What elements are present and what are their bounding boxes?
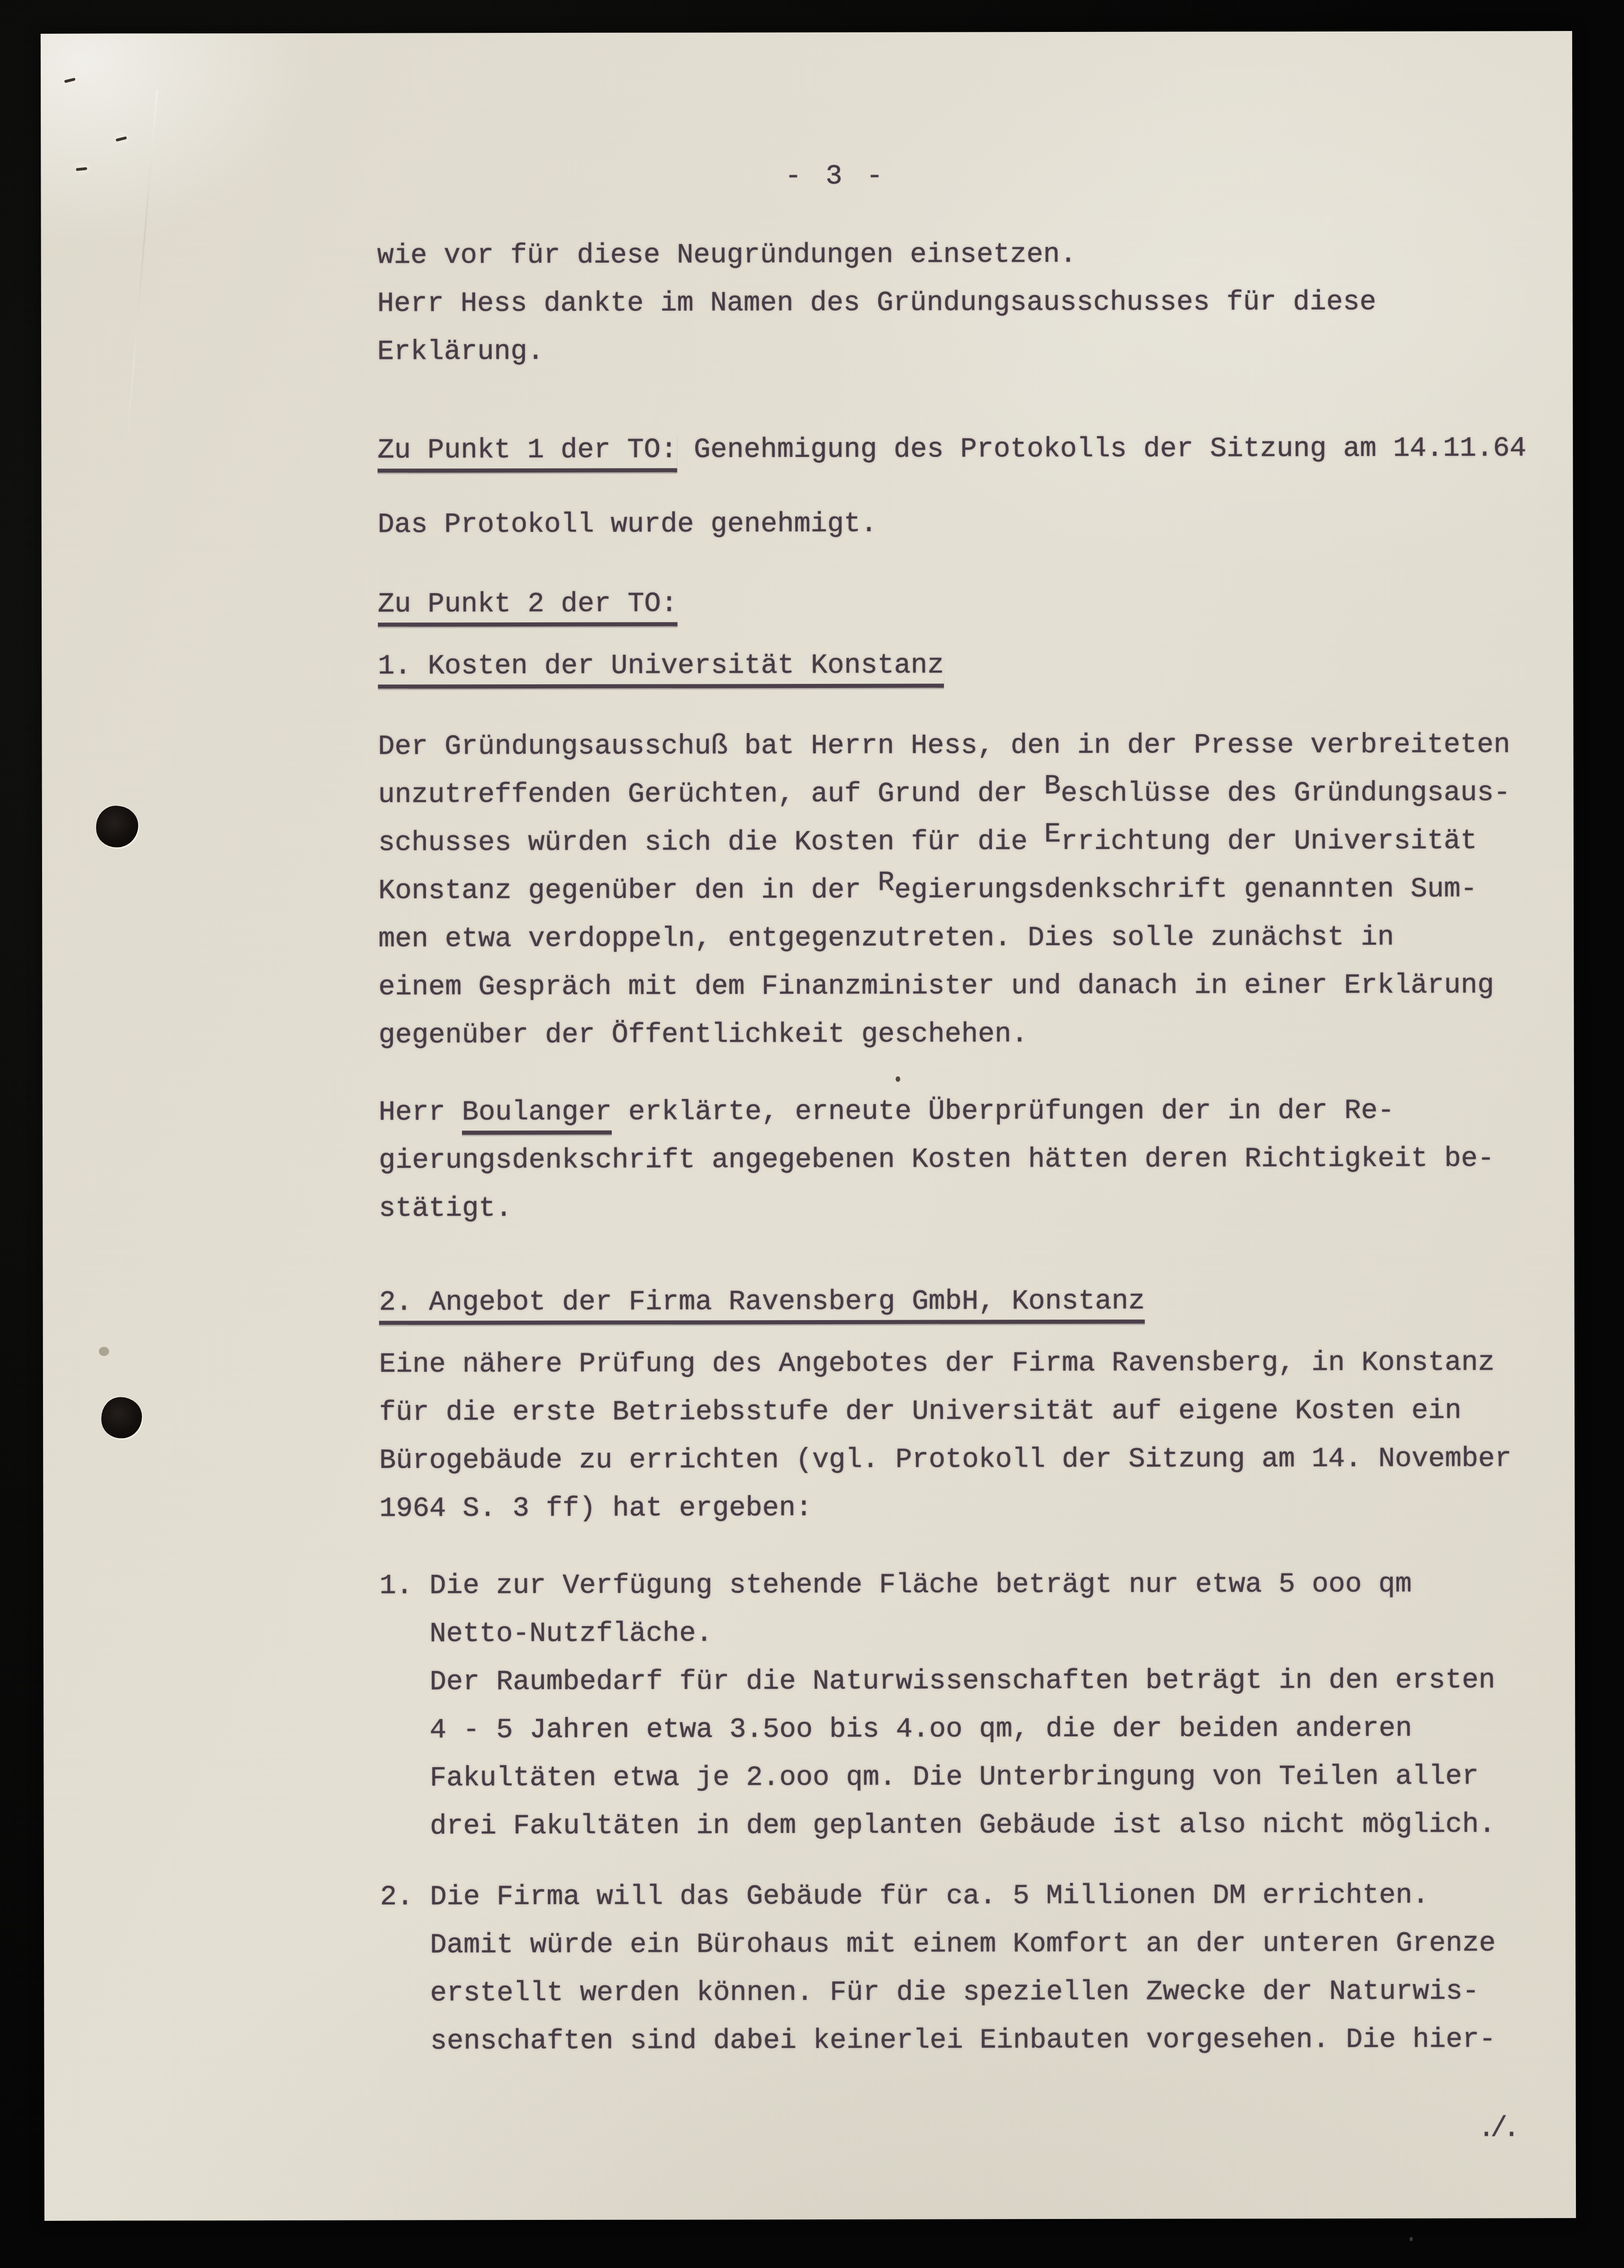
underlined-text: Zu Punkt 1 der TO:: [377, 434, 677, 473]
text-segment: gierungsdenkschrift angegebenen Kosten h…: [379, 1143, 1495, 1176]
text-line: 1. Kosten der Universität Konstanz: [378, 640, 1543, 690]
text-line: Damit würde ein Bürohaus mit einem Komfo…: [380, 1919, 1545, 1969]
text-segment: Erklärung.: [377, 336, 544, 368]
list-item-block: 2. Die Firma will das Gebäude für ca. 5 …: [380, 1871, 1546, 2065]
staple-mark: [72, 161, 92, 177]
document-flow: wie vor für diese Neugründungen einsetze…: [377, 31, 1546, 2065]
text-line: Netto-Nutzfläche.: [380, 1608, 1545, 1658]
text-line: 4 - 5 Jahren etwa 3.5oo bis 4.oo qm, die…: [380, 1704, 1545, 1754]
text-segment: 4 - 5 Jahren etwa 3.5oo bis 4.oo qm, die…: [430, 1713, 1412, 1746]
text-line: 2. Die Firma will das Gebäude für ca. 5 …: [380, 1871, 1545, 1921]
text-line: Das Protokoll wurde genehmigt.: [378, 499, 1543, 549]
heading-block: Zu Punkt 1 der TO: Genehmigung des Proto…: [377, 424, 1543, 474]
underlined-text: Boulanger: [462, 1097, 612, 1135]
text-line: einem Gespräch mit dem Finanzminister un…: [378, 961, 1544, 1011]
text-line: 2. Angebot der Firma Ravensberg GmbH, Ko…: [379, 1277, 1544, 1327]
text-segment: eschlüsse des Gründungsaus-: [1061, 777, 1510, 810]
text-segment: Fakultäten etwa je 2.ooo qm. Die Unterbr…: [430, 1761, 1478, 1794]
text-line: Eine nähere Prüfung des Angebotes der Fi…: [379, 1339, 1544, 1389]
text-line: Herr Boulanger erklärte, erneute Überprü…: [379, 1087, 1544, 1137]
staple-mark: [112, 132, 131, 146]
text-line: drei Fakultäten in dem geplanten Gebäude…: [380, 1801, 1545, 1850]
heading-block: 2. Angebot der Firma Ravensberg GmbH, Ko…: [379, 1277, 1544, 1327]
text-segment: Das Protokoll wurde genehmigt.: [378, 509, 877, 541]
text-segment: Damit würde ein Bürohaus mit einem Komfo…: [430, 1928, 1495, 1961]
paper-speck: [896, 1076, 900, 1082]
text-segment: Genehmigung des Protokolls der Sitzung a…: [677, 433, 1526, 466]
text-segment: Der Raumbedarf für die Naturwissenschaft…: [430, 1665, 1495, 1698]
scan-background: { "page": { "number_label": "- 3 -", "co…: [0, 0, 1624, 2268]
underlined-text: 1. Kosten der Universität Konstanz: [378, 650, 944, 688]
paper-crease: [125, 90, 158, 458]
text-line: erstellt werden können. Für die speziell…: [380, 1967, 1545, 2017]
text-segment: E: [1044, 819, 1061, 850]
text-segment: stätigt.: [379, 1193, 512, 1225]
text-segment: men etwa verdoppeln, entgegenzutreten. D…: [378, 922, 1394, 955]
text-segment: 1964 S. 3 ff) hat ergeben:: [379, 1493, 812, 1525]
continuation-mark: ./.: [1478, 2114, 1516, 2143]
paper-speck: [99, 1347, 109, 1356]
text-segment: 1. Die zur Verfügung stehende Fläche bet…: [380, 1569, 1412, 1602]
text-line: senschaften sind dabei keinerlei Einbaut…: [380, 2016, 1545, 2065]
hole-punch-mark: [101, 1397, 142, 1438]
document-page: - 3 - wie vor für diese Neugründungen ei…: [41, 31, 1576, 2221]
text-segment: Herr: [379, 1097, 462, 1128]
text-line: Zu Punkt 2 der TO:: [378, 578, 1543, 628]
text-line: unzutreffenden Gerüchten, auf Grund der …: [378, 769, 1544, 819]
paragraph-block: wie vor für diese Neugründungen einsetze…: [377, 230, 1543, 376]
text-segment: senschaften sind dabei keinerlei Einbaut…: [430, 2024, 1495, 2057]
text-line: Bürogebäude zu errichten (vgl. Protokoll…: [379, 1435, 1544, 1485]
paragraph-block: Der Gründungsausschuß bat Herrn Hess, de…: [378, 721, 1544, 1059]
text-segment: R: [878, 867, 894, 899]
text-line: 1964 S. 3 ff) hat ergeben:: [379, 1483, 1544, 1533]
text-segment: erklärte, erneute Überprüfungen der in d…: [612, 1095, 1394, 1128]
text-segment: Herr Hess dankte im Namen des Gründungsa…: [377, 287, 1376, 320]
paper-speck: [1409, 2237, 1413, 2241]
text-segment: Eine nähere Prüfung des Angebotes der Fi…: [379, 1347, 1495, 1380]
text-segment: Konstanz gegenüber den in der: [378, 875, 878, 907]
text-segment: für die erste Betriebsstufe der Universi…: [379, 1395, 1462, 1429]
text-line: men etwa verdoppeln, entgegenzutreten. D…: [378, 913, 1544, 963]
text-line: Erklärung.: [377, 326, 1543, 376]
text-segment: rrichtung der Universität: [1061, 825, 1477, 858]
text-segment: egierungsdenkschrift genannten Sum-: [894, 873, 1477, 906]
text-line: stätigt.: [379, 1183, 1544, 1233]
text-line: Der Raumbedarf für die Naturwissenschaft…: [380, 1656, 1545, 1706]
text-segment: wie vor für diese Neugründungen einsetze…: [377, 239, 1077, 272]
hole-punch-mark: [96, 806, 138, 848]
text-line: Herr Hess dankte im Namen des Gründungsa…: [377, 278, 1543, 328]
text-line: Fakultäten etwa je 2.ooo qm. Die Unterbr…: [380, 1752, 1545, 1802]
text-segment: Der Gründungsausschuß bat Herrn Hess, de…: [378, 729, 1511, 762]
heading-block: Zu Punkt 2 der TO:: [378, 578, 1543, 628]
text-line: Der Gründungsausschuß bat Herrn Hess, de…: [378, 721, 1543, 771]
text-segment: Netto-Nutzfläche.: [430, 1618, 713, 1650]
paragraph-block: Herr Boulanger erklärte, erneute Überprü…: [379, 1087, 1544, 1233]
text-segment: schusses würden sich die Kosten für die: [378, 826, 1044, 859]
text-line: 1. Die zur Verfügung stehende Fläche bet…: [380, 1560, 1545, 1610]
paragraph-block: Eine nähere Prüfung des Angebotes der Fi…: [379, 1339, 1545, 1533]
text-line: Konstanz gegenüber den in der Regierungs…: [378, 865, 1544, 915]
underlined-text: 2. Angebot der Firma Ravensberg GmbH, Ko…: [379, 1286, 1145, 1325]
staple-mark: [61, 74, 80, 87]
text-segment: drei Fakultäten in dem geplanten Gebäude…: [430, 1809, 1495, 1842]
paragraph-block: Das Protokoll wurde genehmigt.: [378, 499, 1543, 549]
list-item-block: 1. Die zur Verfügung stehende Fläche bet…: [380, 1560, 1545, 1850]
text-line: gegenüber der Öffentlichkeit geschehen.: [379, 1009, 1544, 1059]
text-segment: Bürogebäude zu errichten (vgl. Protokoll…: [379, 1443, 1512, 1476]
text-segment: unzutreffenden Gerüchten, auf Grund der: [378, 778, 1044, 811]
text-line: schusses würden sich die Kosten für die …: [378, 817, 1544, 867]
underlined-text: Zu Punkt 2 der TO:: [378, 588, 677, 627]
text-line: gierungsdenkschrift angegebenen Kosten h…: [379, 1135, 1544, 1185]
text-segment: gegenüber der Öffentlichkeit geschehen.: [379, 1019, 1028, 1051]
text-segment: 2. Die Firma will das Gebäude für ca. 5 …: [380, 1880, 1429, 1913]
text-segment: B: [1044, 771, 1061, 802]
text-segment: erstellt werden können. Für die speziell…: [430, 1976, 1479, 2009]
text-line: Zu Punkt 1 der TO: Genehmigung des Proto…: [377, 424, 1543, 474]
heading-block: 1. Kosten der Universität Konstanz: [378, 640, 1543, 690]
text-segment: einem Gespräch mit dem Finanzminister un…: [378, 970, 1494, 1003]
text-line: für die erste Betriebsstufe der Universi…: [379, 1387, 1544, 1437]
text-line: wie vor für diese Neugründungen einsetze…: [377, 230, 1543, 280]
